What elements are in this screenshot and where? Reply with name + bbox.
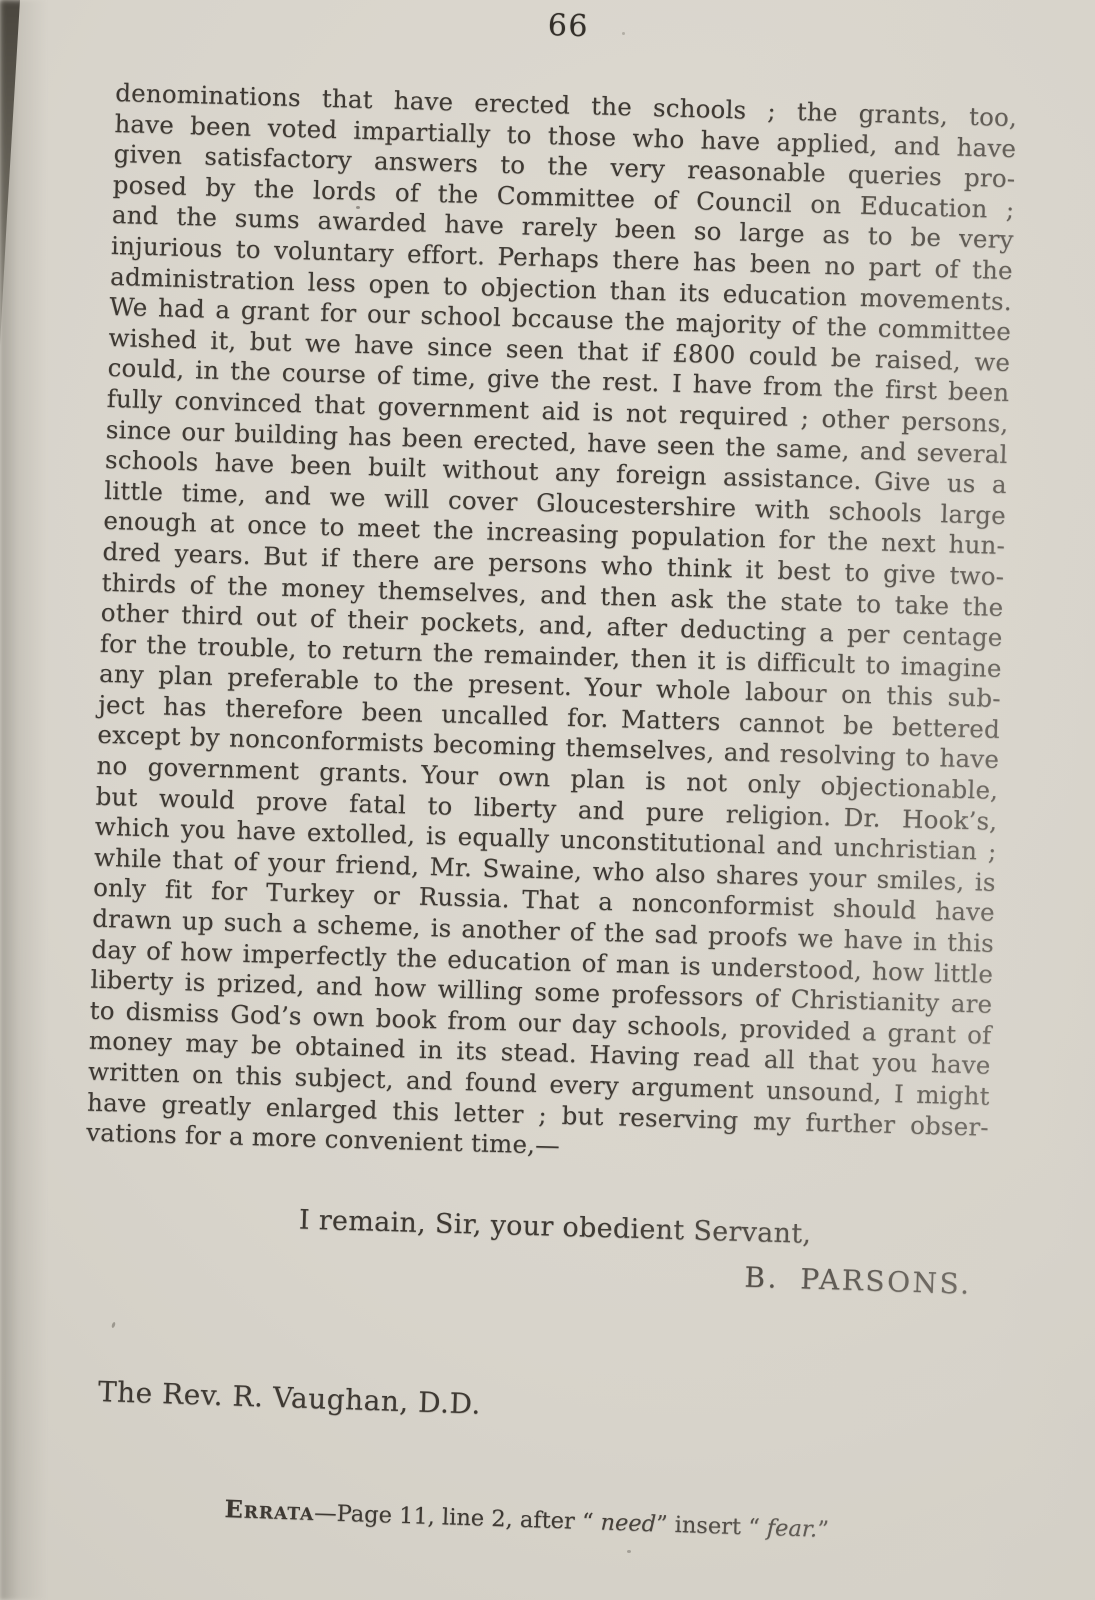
errata-text: ” insert “	[656, 1511, 768, 1541]
spine-edge-shadow	[0, 0, 46, 1600]
closing-salutation: I remain, Sir, your obedient Servant,	[299, 1205, 812, 1250]
page-number: 66	[117, 0, 1020, 57]
scanned-book-page: 66 denominations that have erected the s…	[0, 0, 1095, 1600]
signature-name: B. PARSONS.	[744, 1261, 972, 1301]
page-content: 66 denominations that have erected the s…	[74, 0, 1020, 1600]
errata-line: Errata—Page 11, line 2, after “ need” in…	[76, 1489, 978, 1548]
letter-addressee: The Rev. R. Vaughan, D.D.	[98, 1375, 482, 1421]
body-text: denominations that have erected the scho…	[86, 78, 1018, 1174]
errata-text: ”	[817, 1517, 829, 1543]
errata-word-need: need	[600, 1509, 656, 1537]
errata-word-fear: fear.	[766, 1515, 817, 1543]
errata-label: Errata	[224, 1494, 315, 1526]
errata-text: —Page 11, line 2, after “	[314, 1500, 601, 1535]
